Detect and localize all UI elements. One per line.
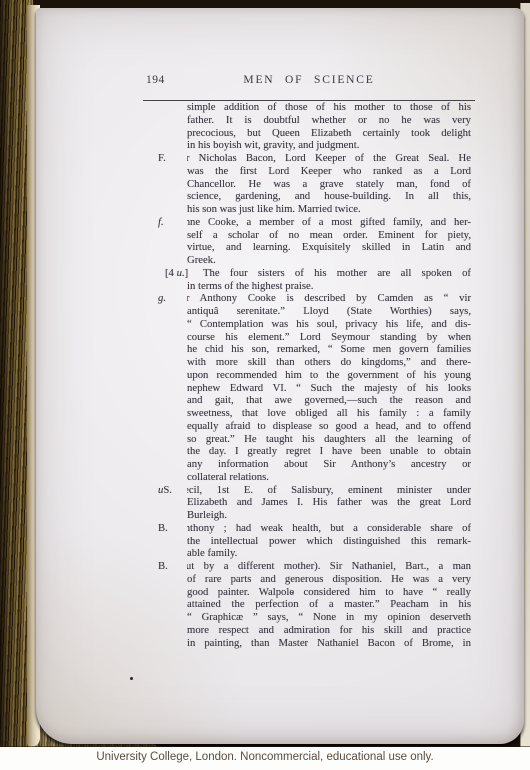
text-line: more respect and admiration for his skil… (187, 624, 471, 637)
text-line: father. It is doubtful whether or no he … (187, 114, 471, 127)
entry-label: B. (158, 522, 168, 535)
text-line: The four sisters of his mother are all s… (187, 267, 471, 280)
caption-bar: University College, London. Noncommercia… (0, 747, 530, 770)
entry-label: g. (158, 292, 166, 305)
text-line: good painter. Walpole considered him to … (187, 586, 471, 599)
text-line: Chancellor. He was a grave stately man, … (187, 178, 471, 191)
text-line: Sir Nicholas Bacon, Lord Keeper of the G… (187, 152, 471, 165)
text-line: upon recommended him to the government o… (187, 369, 471, 382)
ink-speck (130, 677, 133, 680)
text-line: Anthony ; had weak health, but a conside… (187, 522, 471, 535)
text-line: he chid his son, remarked, “ Some men go… (187, 343, 471, 356)
text-line: his son was just like him. Married twice… (187, 203, 471, 216)
pedigree-entry: B.Anthony ; had weak health, but a consi… (187, 522, 471, 560)
text-line: with more skill than others do kingdoms,… (187, 356, 471, 369)
text-line: Burleigh. (187, 509, 471, 522)
text-block: simple addition of those of his mother t… (187, 101, 471, 649)
text-line: (but by a different mother). Sir Nathani… (187, 560, 471, 573)
text-line: self a scholar of no mean order. Eminent… (187, 229, 471, 242)
pedigree-entry: uS.Cecil, 1st E. of Salisbury, eminent m… (187, 484, 471, 522)
text-line: Elizabeth and James I. His father was th… (187, 496, 471, 509)
pedigree-entry: f.Anne Cooke, a member of a most gifted … (187, 216, 471, 267)
text-line: in terms of the highest praise. (187, 280, 471, 293)
entry-label: [4 u.] (165, 267, 188, 280)
text-line: sweetness, that love obliged all his fam… (187, 407, 471, 420)
ink-speck (292, 592, 294, 594)
text-line: antiquâ serenitate.” Lloyd (State Worthi… (187, 305, 471, 318)
text-line: “ Graphicæ ” says, “ None in my opinion … (187, 611, 471, 624)
text-line: of rare parts and generous disposition. … (187, 573, 471, 586)
text-line: and gait, that awe governed,—such the re… (187, 394, 471, 407)
pedigree-entry: F.Sir Nicholas Bacon, Lord Keeper of the… (187, 152, 471, 216)
pedigree-entry: [4 u.]The four sisters of his mother are… (187, 267, 471, 293)
text-line: so great.” He taught his daughters all t… (187, 433, 471, 446)
text-line: attained the perfection of a master.” Pe… (187, 598, 471, 611)
running-title: MEN OF SCIENCE (143, 74, 475, 86)
text-line: nephew Edward VI. “ Such the majesty of … (187, 382, 471, 395)
book-photo: 194 MEN OF SCIENCE simple addition of th… (0, 0, 530, 770)
entry-label: B. (158, 560, 168, 573)
text-line: “ Contemplation was his soul, privacy hi… (187, 318, 471, 331)
text-line: in his boyish wit, gravity, and judgment… (187, 139, 471, 152)
text-line: was the first Lord Keeper who ranked as … (187, 165, 471, 178)
text-line: science, gardening, and house-building. … (187, 190, 471, 203)
text-line: equally afraid to displease so good a he… (187, 420, 471, 433)
page-header: 194 MEN OF SCIENCE (143, 72, 475, 101)
text-line: in painting, than Master Nathaniel Bacon… (187, 637, 471, 650)
entry-label: F. (158, 152, 166, 165)
text-line: the day. I greatly regret I have been un… (187, 445, 471, 458)
pedigree-entry: g.Sir Anthony Cooke is described by Camd… (187, 292, 471, 483)
entry-label: f. (158, 216, 164, 229)
text-line: Cecil, 1st E. of Salisbury, eminent mini… (187, 484, 471, 497)
text-line: any information about Sir Anthony’s ance… (187, 458, 471, 471)
text-line: the intellectual power which distinguish… (187, 535, 471, 548)
text-line: simple addition of those of his mother t… (187, 101, 471, 114)
text-line: Anne Cooke, a member of a most gifted fa… (187, 216, 471, 229)
text-line: Sir Anthony Cooke is described by Camden… (187, 292, 471, 305)
caption-text: University College, London. Noncommercia… (0, 751, 530, 763)
pedigree-entry: B.(but by a different mother). Sir Natha… (187, 560, 471, 649)
book-page: 194 MEN OF SCIENCE simple addition of th… (36, 8, 524, 744)
entry-label: uS. (158, 484, 172, 497)
text-line: virtue, and learning. Exquisitely skille… (187, 241, 471, 254)
text-line: Greek. (187, 254, 471, 267)
text-line: collateral relations. (187, 471, 471, 484)
text-line: able family. (187, 547, 471, 560)
text-line: course his element.” Lord Seymour standi… (187, 331, 471, 344)
pedigree-entry: simple addition of those of his mother t… (187, 101, 471, 152)
text-line: precocious, but Queen Elizabeth certainl… (187, 127, 471, 140)
